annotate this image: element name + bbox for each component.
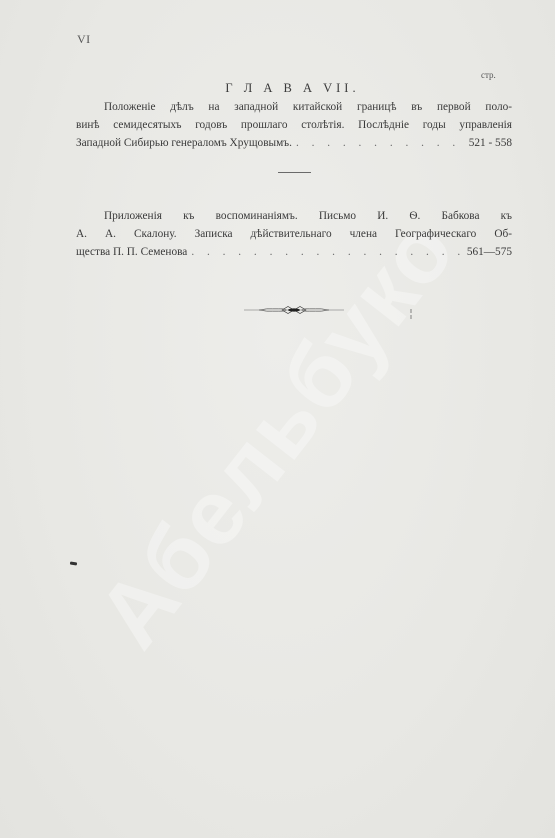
watermark: Абельбуко — [77, 198, 476, 668]
entry-line: Положеніе дѣлъ на западной китайской гра… — [76, 98, 512, 116]
section-divider — [278, 172, 311, 173]
pages-column-label: стр. — [481, 70, 496, 80]
document-page: Абельбуко VI стр. Г Л А В А VII. Положен… — [0, 0, 555, 838]
entry-line: Приложенія къ воспоминаніямъ. Письмо И. … — [76, 207, 512, 225]
toc-entry: Приложенія къ воспоминаніямъ. Письмо И. … — [76, 207, 512, 261]
entry-line: винѣ семидесятыхъ годовъ прошлаго столѣт… — [76, 116, 512, 134]
entry-last-line: щества П. П. Семенова . . . . . . . . . … — [76, 243, 512, 261]
entry-line-text: Западной Сибирью генераломъ Хрущовымъ. — [76, 134, 292, 152]
page-number: VI — [77, 32, 91, 47]
page-range: 561—575 — [463, 243, 512, 261]
entry-line-text: щества П. П. Семенова — [76, 243, 187, 261]
page-range: 521 - 558 — [465, 134, 512, 152]
toc-entry: Положеніе дѣлъ на западной китайской гра… — [76, 98, 512, 152]
entry-last-line: Западной Сибирью генераломъ Хрущовымъ. .… — [76, 134, 512, 152]
ornament-divider-icon — [244, 305, 344, 315]
printer-mark-icon — [410, 309, 412, 319]
entry-line: А. А. Скалону. Записка дѣйствительнаго ч… — [76, 225, 512, 243]
ink-speck — [70, 562, 77, 566]
dot-leader: . . . . . . . . . . . . . . . . . . . . … — [187, 243, 462, 261]
dot-leader: . . . . . . . . . . . . . . . . . . . . … — [292, 134, 465, 152]
chapter-heading: Г Л А В А VII. — [0, 81, 555, 96]
